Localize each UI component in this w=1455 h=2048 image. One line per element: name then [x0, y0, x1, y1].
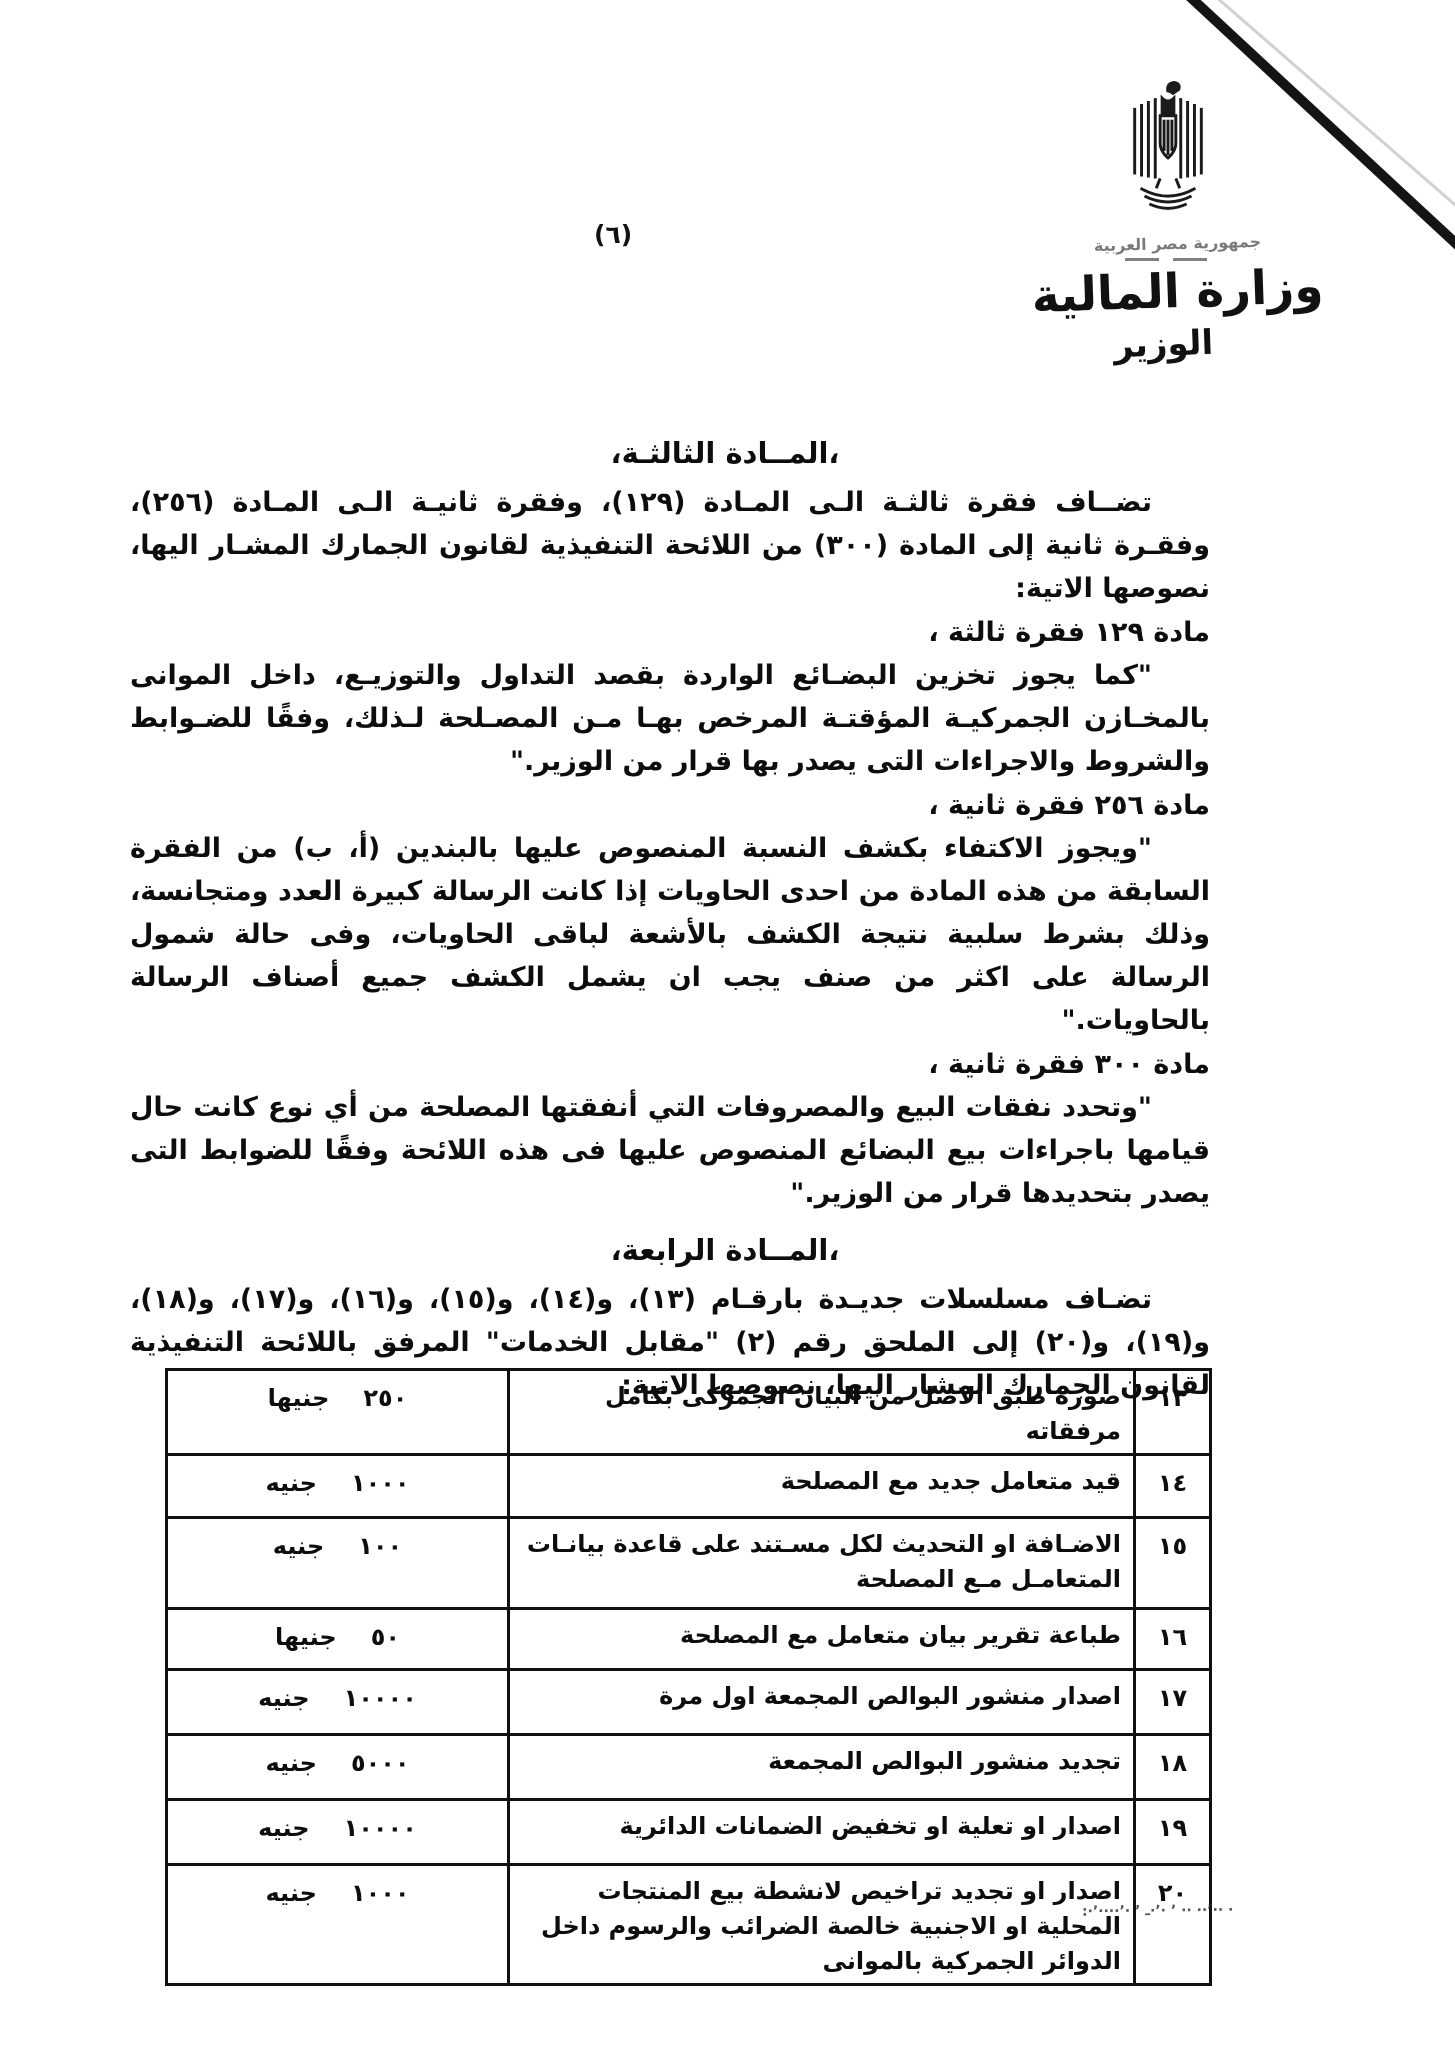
egypt-eagle-emblem-icon [1119, 78, 1217, 228]
table-row: ١٦ طباعة تقرير بيان متعامل مع المصلحة ٥٠… [167, 1609, 1211, 1670]
country-script-line: جمهورية مصر العربية [1025, 230, 1330, 257]
article3-intro: تضــاف فقرة ثالثـة الـى المـادة (١٢٩)، و… [130, 481, 1210, 610]
fee-amount: ٥٠٠٠ [351, 1746, 410, 1781]
fee-unit: جنيه [258, 1681, 309, 1716]
fee-unit: جنيه [273, 1529, 324, 1564]
section-256-label: مادة ٢٥٦ فقرة ثانية ، [130, 784, 1210, 827]
cell-fee: ١٠٠٠٠جنيه [167, 1670, 509, 1735]
cell-description: اصدار او تعلية او تخفيض الضمانات الدائري… [509, 1800, 1135, 1865]
fee-unit: جنيه [258, 1811, 309, 1846]
fee-unit: جنيه [265, 1746, 316, 1781]
page-number: (٦) [594, 220, 632, 249]
table-row: ١٨ تجديد منشور البوالص المجمعة ٥٠٠٠جنيه [167, 1735, 1211, 1800]
article4-heading: ،المــادة الرابعة، [185, 1229, 1265, 1272]
cell-description: الاضـافة او التحديث لكل مسـتند على قاعدة… [509, 1518, 1135, 1609]
fee-unit: جنيه [265, 1876, 316, 1911]
cell-serial: ١٩ [1135, 1800, 1211, 1865]
cell-fee: ١٠٠٠جنيه [167, 1865, 509, 1985]
cell-description: قيد متعامل جديد مع المصلحة [509, 1455, 1135, 1518]
fee-unit: جنيها [268, 1381, 330, 1416]
article3-heading: ،المــادة الثالثـة، [185, 432, 1265, 475]
cell-fee: ١٠٠٠٠جنيه [167, 1800, 509, 1865]
fee-unit: جنيها [275, 1620, 337, 1655]
table-row: ١٩ اصدار او تعلية او تخفيض الضمانات الدا… [167, 1800, 1211, 1865]
fee-unit: جنيه [265, 1466, 316, 1501]
cell-description: اصدار منشور البوالص المجمعة اول مرة [509, 1670, 1135, 1735]
section-300-text: "وتحدد نفقات البيع والمصروفات التي أنفقت… [130, 1086, 1210, 1215]
cell-description: صورة طبق الاصل من البيان الجمركى بكامل م… [509, 1370, 1135, 1455]
cell-serial: ١٤ [1135, 1455, 1211, 1518]
cell-serial: ١٨ [1135, 1735, 1211, 1800]
cell-serial: ١٣ [1135, 1370, 1211, 1455]
cell-description: طباعة تقرير بيان متعامل مع المصلحة [509, 1609, 1135, 1670]
cell-fee: ١٠٠٠جنيه [167, 1455, 509, 1518]
fee-amount: ١٠٠ [358, 1529, 402, 1564]
cell-fee: ٥٠جنيها [167, 1609, 509, 1670]
scanned-document-page: (٦) [0, 0, 1455, 2048]
section-129-label: مادة ١٢٩ فقرة ثالثة ، [130, 611, 1210, 654]
section-256-text: "ويجوز الاكتفاء بكشف النسبة المنصوص عليه… [130, 827, 1210, 1042]
cell-fee: ٥٠٠٠جنيه [167, 1735, 509, 1800]
cell-fee: ٢٥٠جنيها [167, 1370, 509, 1455]
cell-serial: ٢٠ [1135, 1865, 1211, 1985]
ministry-script-line: وزارة المالية [1024, 258, 1331, 327]
table-row: ١٣ صورة طبق الاصل من البيان الجمركى بكام… [167, 1370, 1211, 1455]
fee-amount: ٥٠ [371, 1620, 400, 1655]
cell-serial: ١٧ [1135, 1670, 1211, 1735]
cell-fee: ١٠٠جنيه [167, 1518, 509, 1609]
services-fees-table: ١٣ صورة طبق الاصل من البيان الجمركى بكام… [165, 1368, 1212, 1986]
table-row: ١٥ الاضـافة او التحديث لكل مسـتند على قا… [167, 1518, 1211, 1609]
section-300-label: مادة ٣٠٠ فقرة ثانية ، [130, 1043, 1210, 1086]
section-129-text: "كما يجوز تخزين البضـائع الواردة بقصد ال… [130, 654, 1210, 783]
minister-script-line: الوزير [1010, 319, 1316, 370]
fee-amount: ١٠٠٠٠ [344, 1811, 417, 1846]
fee-amount: ١٠٠٠٠ [344, 1681, 417, 1716]
script-underline [1118, 258, 1214, 261]
cell-serial: ١٦ [1135, 1609, 1211, 1670]
decree-body: ،المــادة الثالثـة، تضــاف فقرة ثالثـة ا… [130, 428, 1210, 1407]
letterhead: جمهورية مصر العربية وزارة المالية الوزير [1025, 78, 1330, 364]
table-row: ١٧ اصدار منشور البوالص المجمعة اول مرة ١… [167, 1670, 1211, 1735]
table-row: ١٤ قيد متعامل جديد مع المصلحة ١٠٠٠جنيه [167, 1455, 1211, 1518]
fee-amount: ١٠٠٠ [351, 1876, 410, 1911]
cell-serial: ١٥ [1135, 1518, 1211, 1609]
cell-description: اصدار او تجديد تراخيص لانشطة بيع المنتجا… [509, 1865, 1135, 1985]
fee-amount: ٢٥٠ [363, 1381, 407, 1416]
table-row: ٢٠ اصدار او تجديد تراخيص لانشطة بيع المن… [167, 1865, 1211, 1985]
cell-description: تجديد منشور البوالص المجمعة [509, 1735, 1135, 1800]
faint-print-artifact: · ··٬·· ·· ٬ ·٬·ـ ٬ ·٬····٬·: [1081, 1902, 1233, 1920]
fee-amount: ١٠٠٠ [351, 1466, 410, 1501]
